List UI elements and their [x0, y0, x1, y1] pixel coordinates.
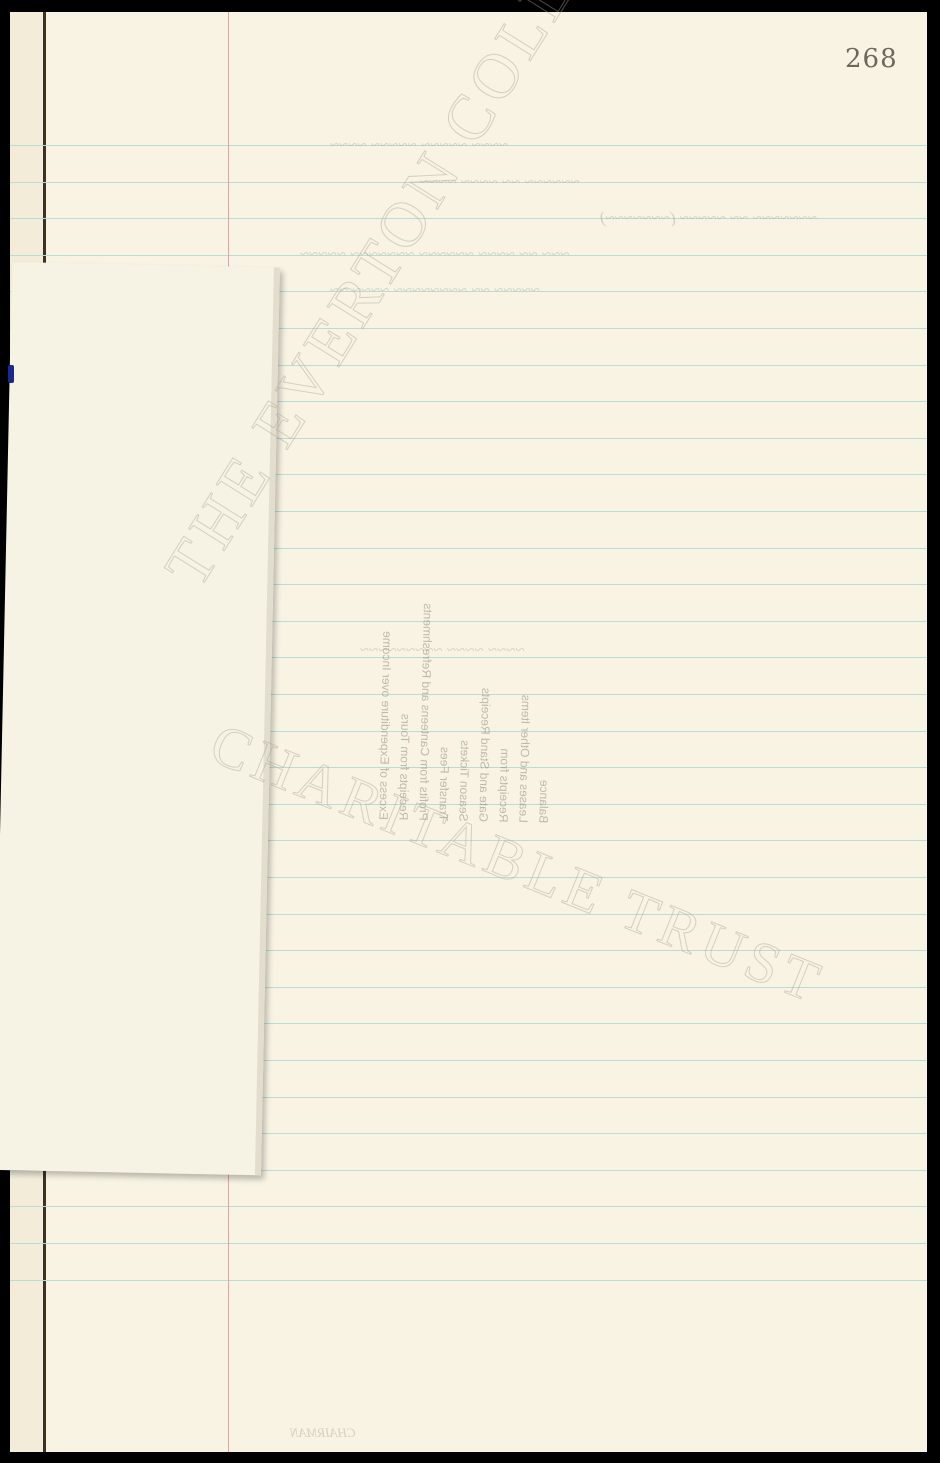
clipping-row: Gate and Stand Receipts — [476, 688, 493, 822]
blue-tab-marker — [8, 365, 14, 383]
showthrough-line: CHAIRMAN — [290, 1425, 356, 1441]
clipping-row: Balance — [536, 780, 551, 824]
showthrough-line: ~~~~~~~ ~~ ~~~~~ (~~~~~~~) — [600, 208, 817, 228]
clipping-row: Leases and Other Items — [516, 695, 533, 823]
rule-line — [10, 1206, 927, 1207]
rule-line — [10, 1280, 927, 1281]
page-number: 268 — [845, 44, 898, 74]
rule-line — [10, 1243, 927, 1244]
clipping-row: Receipts from — [496, 748, 512, 822]
